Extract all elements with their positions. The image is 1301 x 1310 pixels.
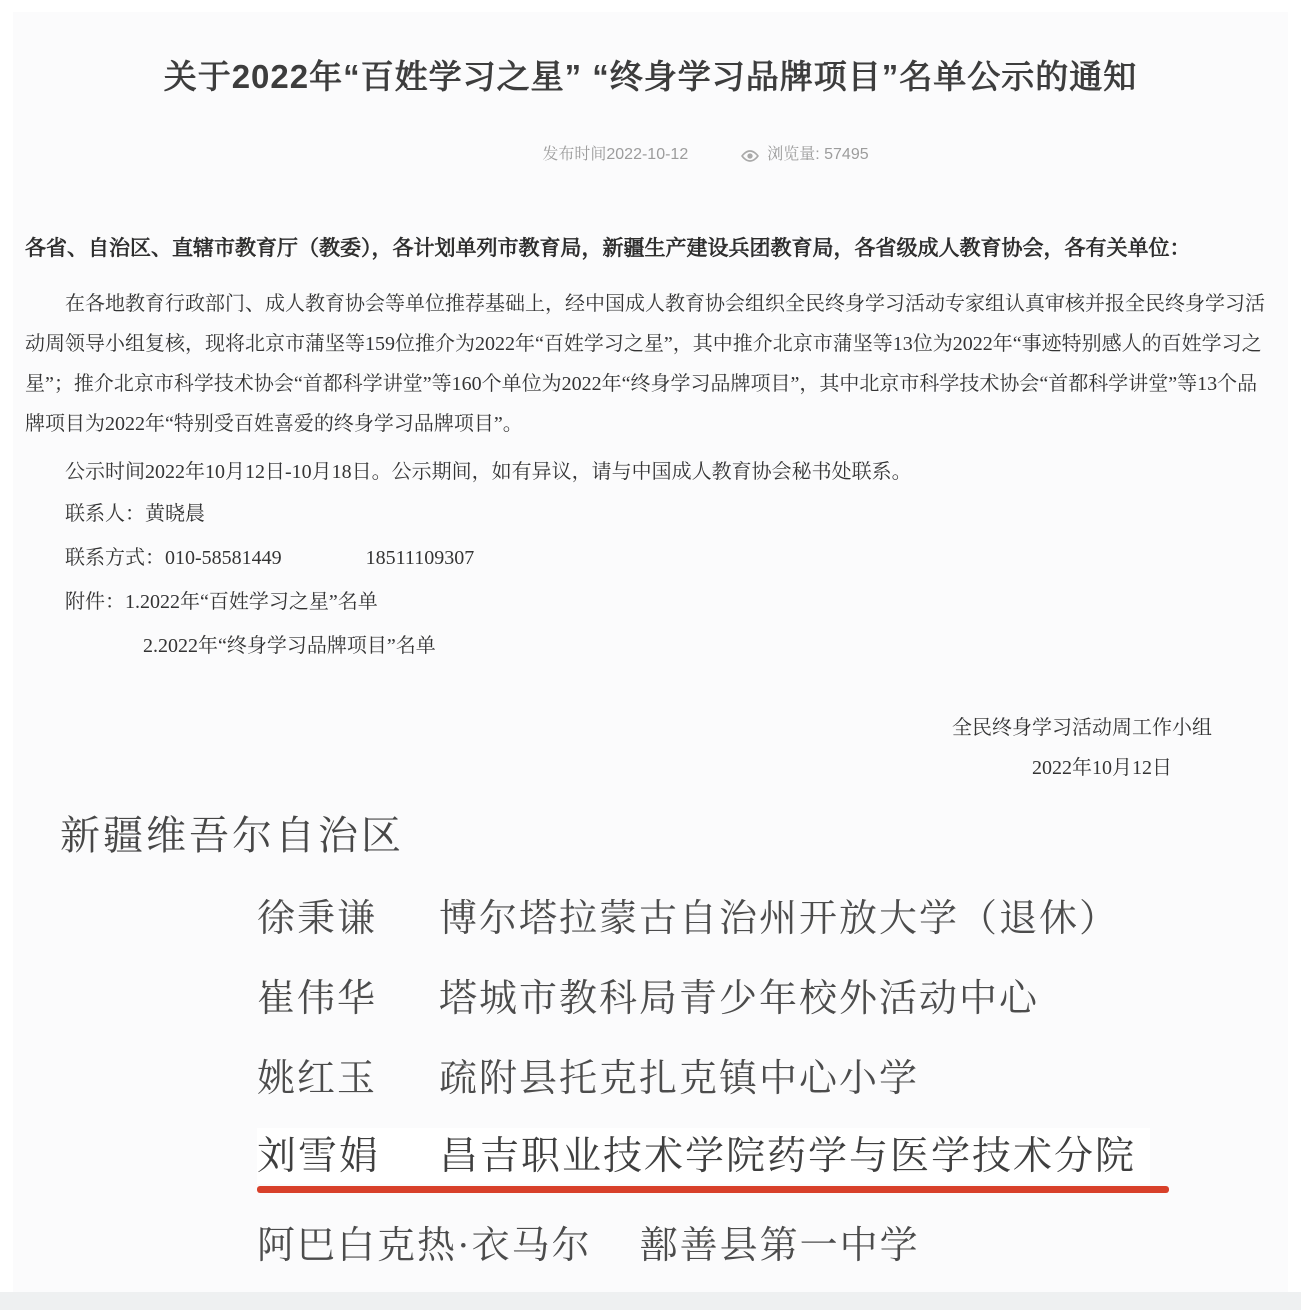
award-list-section: 新疆维吾尔自治区 徐秉谦博尔塔拉蒙古自治州开放大学（退休） 崔伟华塔城市教科局青…: [25, 810, 1276, 1269]
contact-person: 联系人：黄晓晨: [25, 492, 1276, 536]
signature-org: 全民终身学习活动周工作小组: [25, 708, 1276, 748]
signature-date: 2022年10月12日: [25, 748, 1276, 788]
list-row: 徐秉谦博尔塔拉蒙古自治州开放大学（退休）: [257, 896, 1276, 942]
bottom-strip: [0, 1292, 1301, 1310]
contact-method: 联系方式：010-5858144918511109307: [25, 536, 1276, 580]
awardee-institution: 博尔塔拉蒙古自治州开放大学（退休）: [439, 898, 1119, 940]
contact-phone-1: 联系方式：010-58581449: [65, 547, 282, 569]
page-title: 关于2022年“百姓学习之星” “终身学习品牌项目”名单公示的通知: [25, 54, 1276, 100]
attachment-1: 附件：1.2022年“百姓学习之星”名单: [25, 580, 1276, 624]
highlight-underline: [257, 1186, 1169, 1193]
region-heading: 新疆维吾尔自治区: [60, 810, 1276, 862]
paragraph-recommendation: 在各地教育行政部门、成人教育协会等单位推荐基础上，经中国成人教育协会组织全民终身…: [25, 284, 1276, 444]
publish-date: 发布时间2022-10-12: [542, 144, 688, 166]
awardee-institution: 昌吉职业技术学院药学与医学技术分院: [439, 1135, 1136, 1178]
meta-row: 发布时间2022-10-12 浏览量: 57495: [25, 144, 1276, 166]
paragraph-publicity-period: 公示时间2022年10月12日-10月18日。公示期间，如有异议，请与中国成人教…: [25, 452, 1276, 492]
awardee-name: 阿巴白克热·衣马尔: [257, 1223, 592, 1269]
salutation: 各省、自治区、直辖市教育厅（教委），各计划单列市教育局，新疆生产建设兵团教育局，…: [25, 228, 1276, 268]
list-row: 姚红玉疏附县托克扎克镇中心小学: [257, 1056, 1276, 1102]
awardee-name: 姚红玉: [257, 1056, 439, 1102]
awardee-name: 徐秉谦: [257, 896, 439, 942]
awardee-name: 刘雪娟: [257, 1134, 439, 1180]
eye-icon: [740, 148, 760, 162]
attachment-2: 2.2022年“终身学习品牌项目”名单: [25, 624, 1276, 668]
contact-phone-2: 18511109307: [366, 547, 475, 569]
awardee-institution: 塔城市教科局青少年校外活动中心: [439, 978, 1039, 1020]
views-count: 浏览量: 57495: [767, 144, 868, 166]
awardee-name: 崔伟华: [257, 976, 439, 1022]
awardee-institution: 鄯善县第一中学: [640, 1225, 920, 1267]
list-row: 阿巴白克热·衣马尔鄯善县第一中学: [257, 1223, 1276, 1269]
awardee-institution: 疏附县托克扎克镇中心小学: [439, 1058, 919, 1100]
list-row-highlighted: 刘雪娟昌吉职业技术学院药学与医学技术分院: [257, 1128, 1150, 1184]
notice-body: 各省、自治区、直辖市教育厅（教委），各计划单列市教育局，新疆生产建设兵团教育局，…: [25, 228, 1276, 788]
content-panel: 关于2022年“百姓学习之星” “终身学习品牌项目”名单公示的通知 发布时间20…: [13, 12, 1288, 1292]
list-row: 崔伟华塔城市教科局青少年校外活动中心: [257, 976, 1276, 1022]
